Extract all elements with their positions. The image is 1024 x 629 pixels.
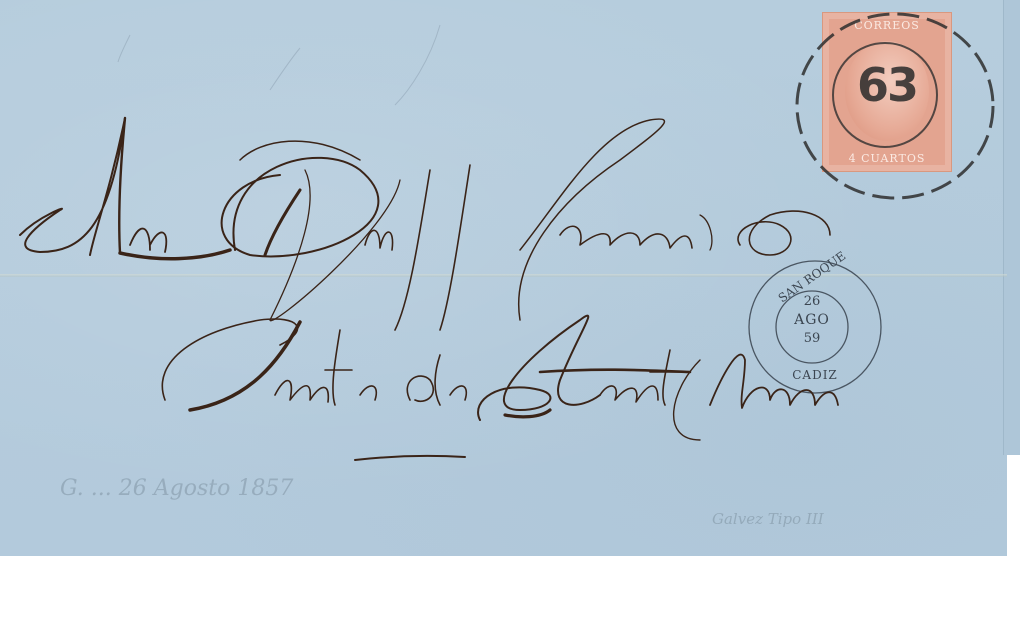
pencil-note-bottom-left: G. ... 26 Agosto 1857 <box>60 476 293 501</box>
address-script-line1 <box>20 118 830 330</box>
datestamp-year: 59 <box>792 331 832 346</box>
datestamp-province: CADIZ <box>775 368 855 382</box>
address-script-line2 <box>162 316 838 460</box>
faint-background-writing <box>118 25 440 105</box>
numeral-cancel: 63 <box>842 58 932 112</box>
pencil-note-bottom-right: Galvez Tipo III <box>712 510 824 528</box>
datestamp-day: 26 <box>792 294 832 309</box>
datestamp-month: AGO <box>782 312 842 328</box>
